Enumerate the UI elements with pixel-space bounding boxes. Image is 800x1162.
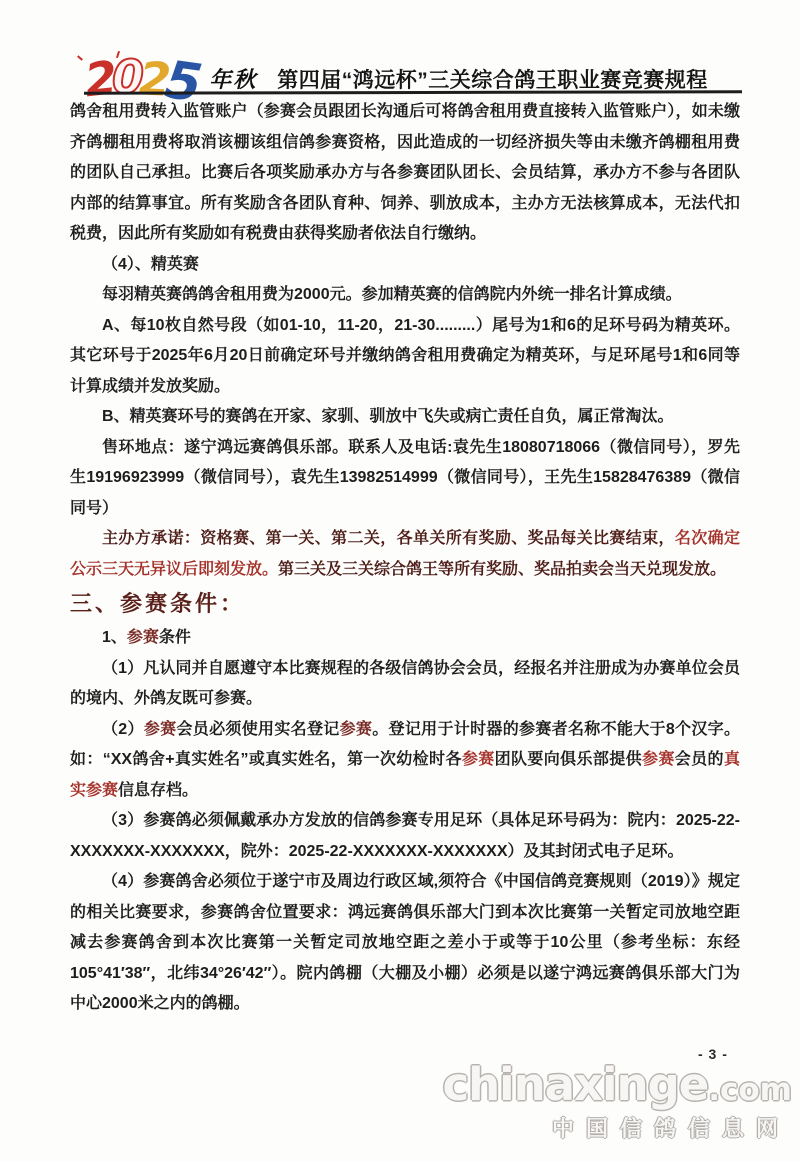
condition2-text-red: 参赛 bbox=[340, 721, 373, 738]
document-page: 2025 年秋 第四届“鸿远杯”三关综合鸽王职业赛竞赛规程 鸽舍租用费转入监管账… bbox=[0, 0, 800, 1162]
paragraph-condition-1: （1）凡认同并自愿遵守本比赛规程的各级信鸽协会会员，经报名并注册成为办赛单位会员… bbox=[70, 654, 740, 715]
condition2-text: 会员的 bbox=[675, 751, 724, 768]
promise-text: 第三关及三关综合鸽王等所有奖励、奖品拍卖会当天兑现发放。 bbox=[278, 561, 726, 578]
condition2-text-red: 参赛 bbox=[144, 721, 177, 738]
paragraph-elite-fee: 每羽精英赛鸽鸽舍租用费为2000元。参加精英赛的信鸽院内外统一排名计算成绩。 bbox=[70, 280, 740, 311]
section-heading-entry-conditions: 三、参赛条件： bbox=[70, 585, 740, 623]
paragraph-rent-fee: 鸽舍租用费转入监管账户（参赛会员跟团长沟通后可将鸽舍租用费直接转入监管账户），如… bbox=[70, 97, 740, 250]
subheading-text: 1、 bbox=[102, 629, 127, 646]
paragraph-elite-rule-b: B、精英赛环号的赛鸽在开家、家驯、驯放中飞失或病亡责任自负，属正常淘汰。 bbox=[70, 402, 740, 433]
watermark-chinese-name: 中国信鸽信息网 bbox=[272, 1116, 792, 1142]
subheading-text: 条件 bbox=[159, 629, 191, 646]
paragraph-condition-4: （4）参赛鸽舍必须位于遂宁市及周边行政区域,须符合《中国信鸽竞赛规则（2019）… bbox=[70, 867, 740, 1020]
watermark: chinaxinge.com 中国信鸽信息网 bbox=[272, 1062, 792, 1142]
paragraph-subheading-conditions: 1、参赛条件 bbox=[70, 623, 740, 654]
paragraph-organizer-promise: 主办方承诺：资格赛、第一关、第二关，各单关所有奖励、奖品每关比赛结束，名次确定公… bbox=[70, 524, 740, 585]
watermark-site-name: chinaxinge bbox=[442, 1058, 708, 1111]
document-body: 鸽舍租用费转入监管账户（参赛会员跟团长沟通后可将鸽舍租用费直接转入监管账户），如… bbox=[70, 97, 740, 1020]
logo-digit: 2 bbox=[83, 55, 115, 104]
paragraph-elite-heading: （4）、精英赛 bbox=[70, 250, 740, 281]
promise-text: 主办方承诺：资格赛、第一关、第二关，各单关所有奖励、奖品每关比赛结束， bbox=[102, 530, 675, 547]
paragraph-elite-rule-a: A、每10枚自然号段（如01-10，11-20，21-30.........）尾… bbox=[70, 311, 740, 403]
season-label: 年秋 bbox=[209, 63, 257, 94]
condition2-text: （2） bbox=[102, 721, 144, 738]
logo-2025: 2025 bbox=[85, 55, 197, 102]
watermark-site-logo: chinaxinge.com bbox=[272, 1062, 792, 1113]
condition2-text-red: 参赛 bbox=[462, 751, 495, 768]
watermark-site-tld: .com bbox=[708, 1072, 792, 1108]
condition2-text: 会员必须使用实名登记 bbox=[176, 721, 339, 738]
condition2-text-red: 参赛 bbox=[642, 751, 675, 768]
page-title: 第四届“鸿远杯”三关综合鸽王职业赛竞赛规程 bbox=[277, 64, 708, 94]
condition2-text: 团队要向俱乐部提供 bbox=[495, 751, 642, 768]
paragraph-condition-2: （2）参赛会员必须使用实名登记参赛。登记用于计时器的参赛者名称不能大于8个汉字。… bbox=[70, 715, 740, 807]
paragraph-ring-sales-contact: 售环地点：遂宁鸿远赛鸽俱乐部。联系人及电话:袁先生18080718066（微信同… bbox=[70, 433, 740, 525]
condition2-text: 信息存档。 bbox=[118, 782, 198, 799]
page-header: 2025 年秋 第四届“鸿远杯”三关综合鸽王职业赛竞赛规程 bbox=[85, 44, 745, 96]
paragraph-condition-3: （3）参赛鸽必须佩戴承办方发放的信鸽参赛专用足环（具体足环号码为：院内：2025… bbox=[70, 806, 740, 867]
subheading-text-red: 参赛 bbox=[127, 629, 159, 646]
